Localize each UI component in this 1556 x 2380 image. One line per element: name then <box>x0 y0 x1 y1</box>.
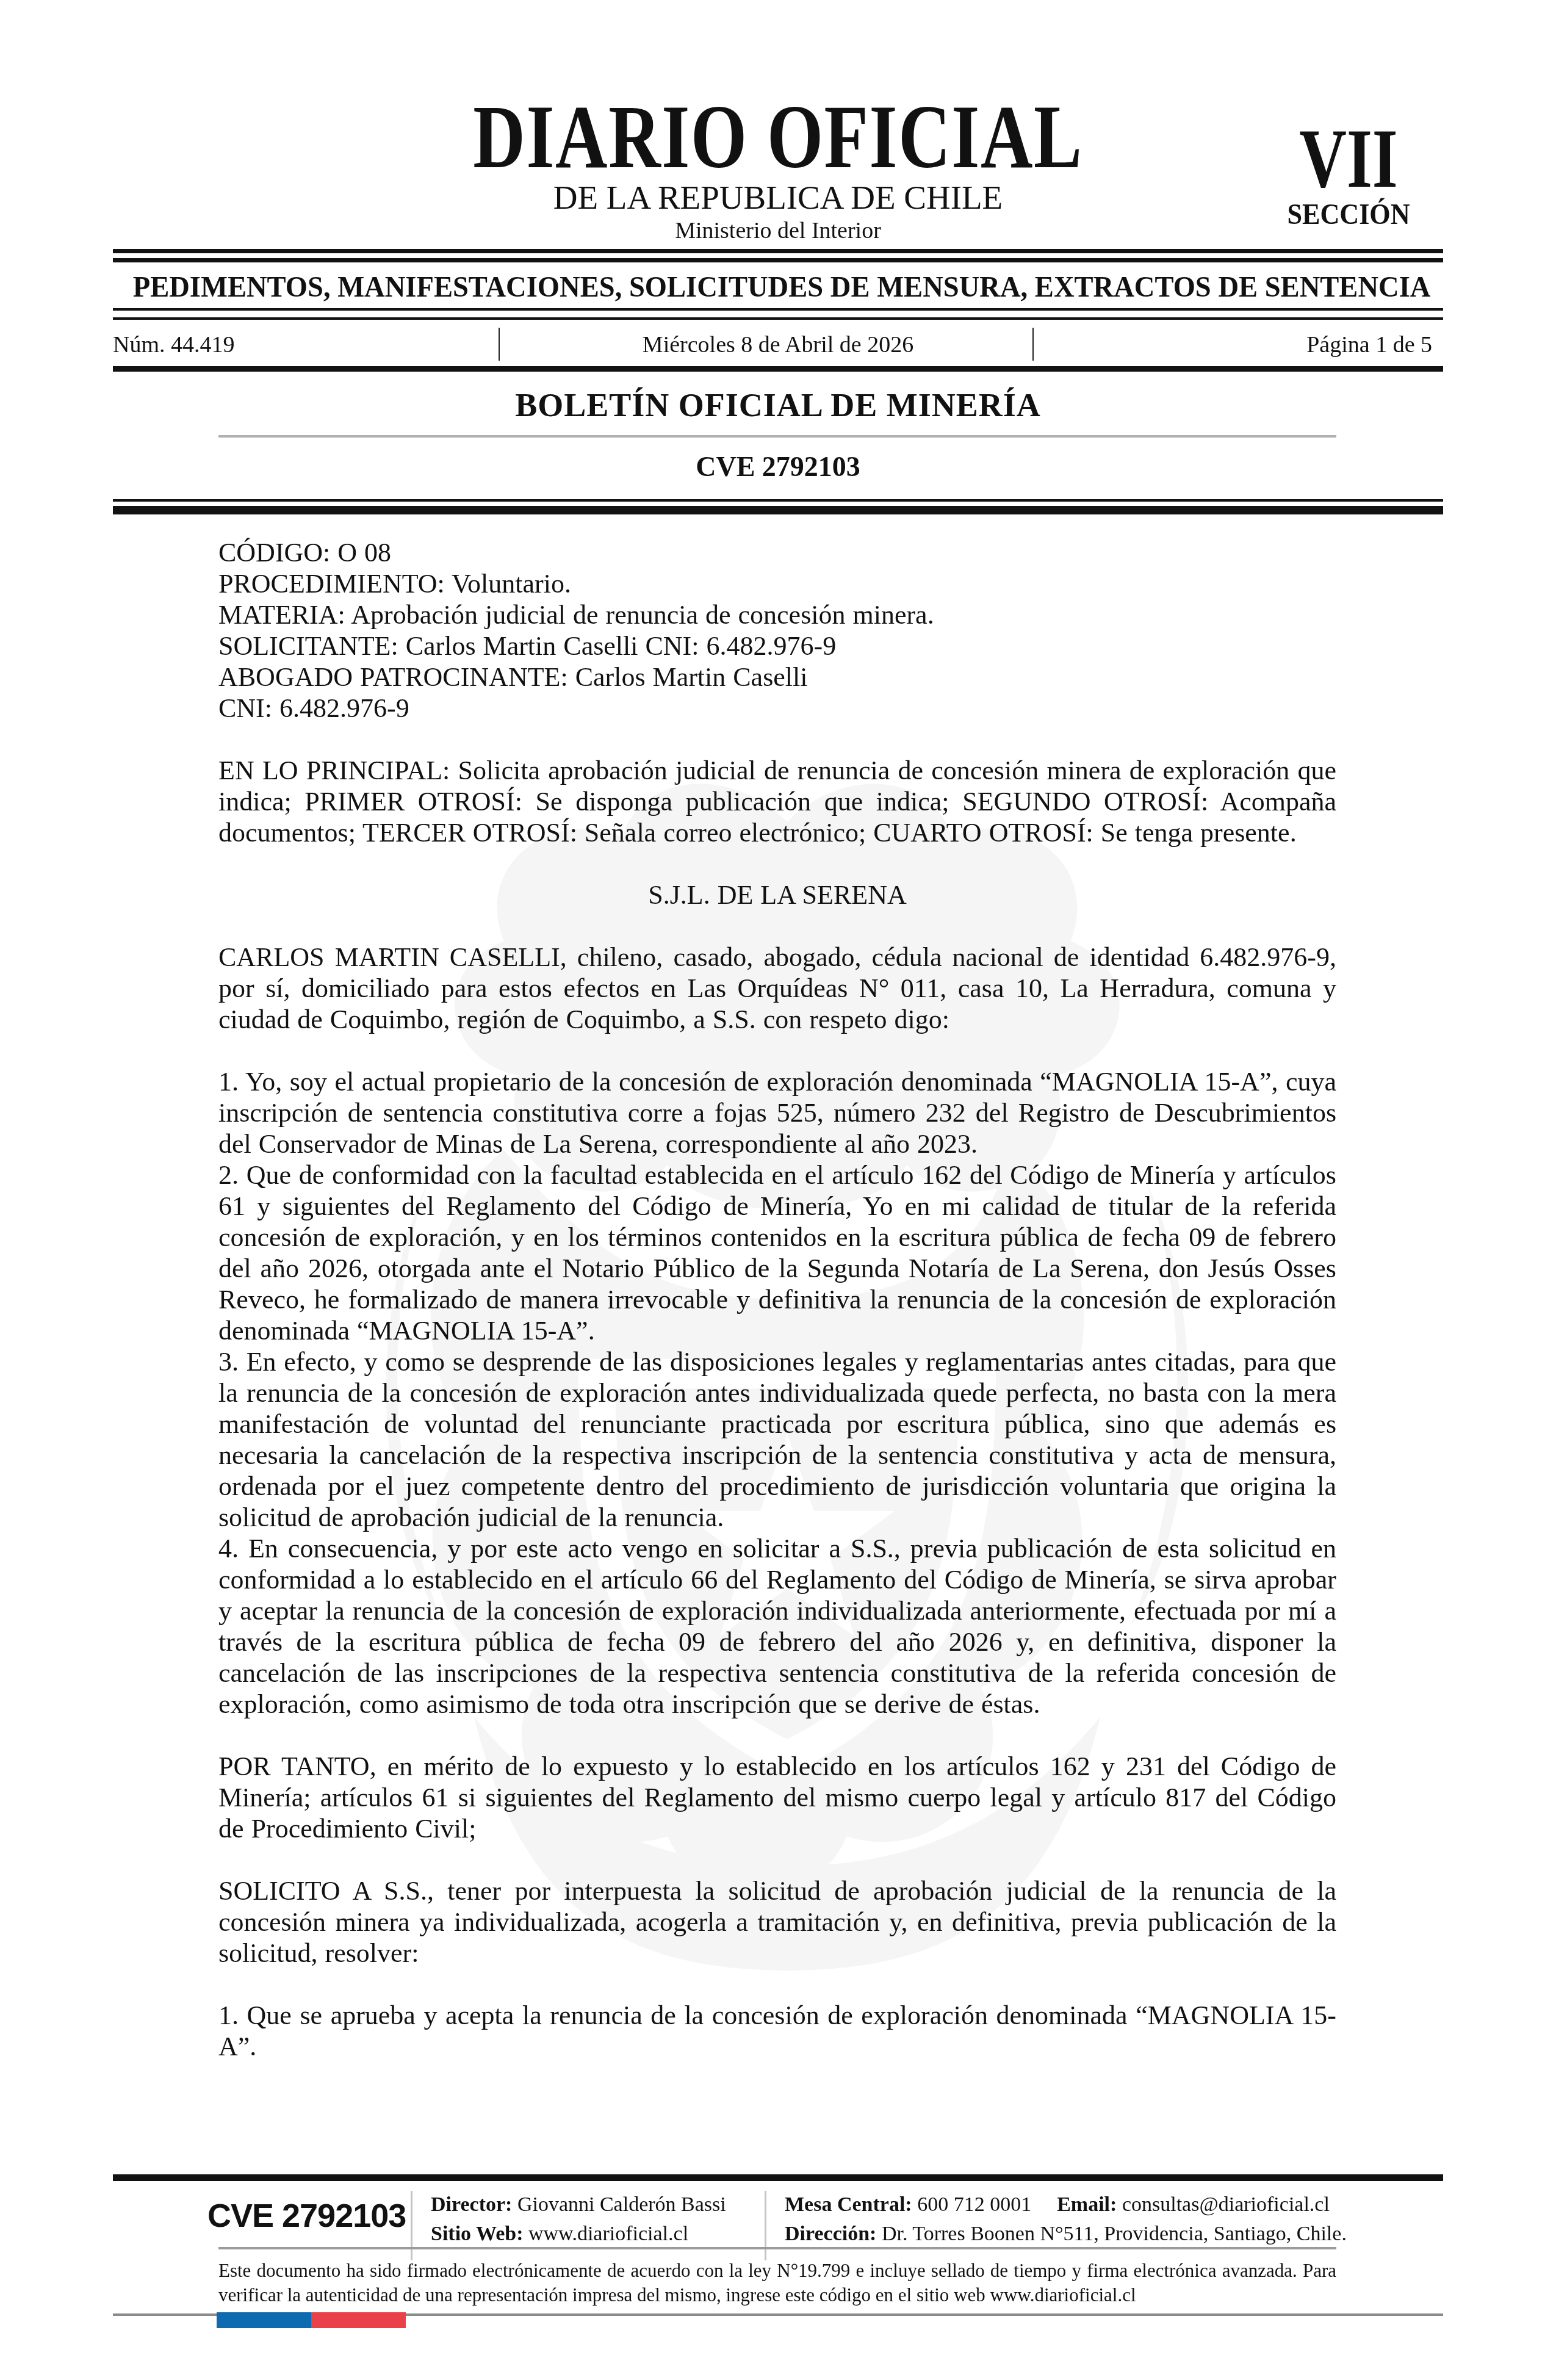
intro-paragraph: CARLOS MARTIN CASELLI, chileno, casado, … <box>218 942 1336 1035</box>
por-tanto-paragraph: POR TANTO, en mérito de lo expuesto y lo… <box>218 1751 1336 1844</box>
double-rule-top-2 <box>113 258 1443 262</box>
summary-paragraph: EN LO PRINCIPAL: Solicita aprobación jud… <box>218 755 1336 848</box>
point-4: 4. En consecuencia, y por este acto veng… <box>218 1533 1336 1720</box>
thin-rule-2 <box>113 317 1443 320</box>
meta-procedimiento: PROCEDIMIENTO: Voluntario. <box>218 568 1336 599</box>
meta-materia: MATERIA: Aprobación judicial de renuncia… <box>218 599 1336 630</box>
section-box: VII SECCIÓN <box>1269 120 1428 231</box>
director-name: Giovanni Calderón Bassi <box>517 2193 726 2216</box>
bulletin-title: BOLETÍN OFICIAL DE MINERÍA <box>113 383 1443 427</box>
bulletin-cve: CVE 2792103 <box>113 449 1443 485</box>
issue-date: Miércoles 8 de Abril de 2026 <box>113 326 1443 364</box>
issue-info-row: Núm. 44.419 Miércoles 8 de Abril de 2026… <box>113 326 1443 364</box>
footer-top-rule <box>113 2174 1443 2181</box>
point-3: 3. En efecto, y como se desprende de las… <box>218 1346 1336 1533</box>
issue-row-divider-2 <box>1032 328 1034 361</box>
footer-cve: CVE 2792103 <box>207 2198 406 2234</box>
footer-divider-2 <box>765 2191 766 2260</box>
footer-contact-column: Mesa Central: 600 712 0001Email: consult… <box>785 2190 1347 2249</box>
address-label: Dirección: <box>785 2223 876 2245</box>
resolution-paragraph: 1. Que se aprueba y acepta la renuncia d… <box>218 2000 1336 2062</box>
website-value: www.diarioficial.cl <box>528 2223 688 2245</box>
gazette-page: DIARIO OFICIAL DE LA REPUBLICA DE CHILE … <box>0 0 1556 2380</box>
thin-rule-1 <box>113 308 1443 311</box>
masthead-subtitle: DE LA REPUBLICA DE CHILE <box>113 181 1443 215</box>
meta-codigo: CÓDIGO: O 08 <box>218 537 1336 568</box>
point-1: 1. Yo, soy el actual propietario de la c… <box>218 1066 1336 1159</box>
thin-rule-3 <box>113 499 1443 502</box>
gray-rule-1 <box>218 435 1336 438</box>
meta-abogado: ABOGADO PATROCINANTE: Carlos Martin Case… <box>218 662 1336 693</box>
phone-label: Mesa Central: <box>785 2193 912 2216</box>
thick-rule-1 <box>113 366 1443 372</box>
phone-value: 600 712 0001 <box>917 2193 1031 2216</box>
address-value: Dr. Torres Boonen N°511, Providencia, Sa… <box>882 2223 1347 2245</box>
flag-blue-block <box>217 2312 311 2328</box>
phone-email-line: Mesa Central: 600 712 0001Email: consult… <box>785 2190 1347 2220</box>
flag-red-block <box>311 2312 406 2328</box>
director-line: Director: Giovanni Calderón Bassi <box>431 2190 726 2220</box>
email-label: Email: <box>1057 2193 1117 2216</box>
point-2: 2. Que de conformidad con la facultad es… <box>218 1159 1336 1346</box>
website-line: Sitio Web: www.diarioficial.cl <box>431 2220 726 2249</box>
solicito-paragraph: SOLICITO A S.S., tener por interpuesta l… <box>218 1875 1336 1969</box>
address-line: Dirección: Dr. Torres Boonen N°511, Prov… <box>785 2220 1347 2249</box>
director-label: Director: <box>431 2193 512 2216</box>
meta-solicitante: SOLICITANTE: Carlos Martin Caselli CNI: … <box>218 630 1336 662</box>
email-value: consultas@diarioficial.cl <box>1122 2193 1330 2216</box>
gray-rule-2 <box>218 2247 1336 2249</box>
masthead-title: DIARIO OFICIAL <box>246 92 1310 183</box>
double-rule-top-1 <box>113 249 1443 253</box>
court-heading: S.J.L. DE LA SERENA <box>218 879 1336 911</box>
meta-cni: CNI: 6.482.976-9 <box>218 693 1336 724</box>
issue-row-divider-1 <box>499 328 500 361</box>
website-label: Sitio Web: <box>431 2223 523 2245</box>
section-label: SECCIÓN <box>1275 199 1421 231</box>
signature-disclaimer: Este documento ha sido firmado electróni… <box>218 2259 1336 2307</box>
masthead-ministry: Ministerio del Interior <box>113 217 1443 244</box>
notice-body: CÓDIGO: O 08 PROCEDIMIENTO: Voluntario. … <box>218 537 1336 2062</box>
thick-rule-2 <box>113 506 1443 514</box>
footer-director-column: Director: Giovanni Calderón Bassi Sitio … <box>431 2190 726 2249</box>
section-roman-numeral: VII <box>1287 120 1411 198</box>
page-indicator: Página 1 de 5 <box>1306 326 1432 364</box>
footer-divider-1 <box>411 2191 412 2260</box>
category-banner: PEDIMENTOS, MANIFESTACIONES, SOLICITUDES… <box>133 269 1424 306</box>
